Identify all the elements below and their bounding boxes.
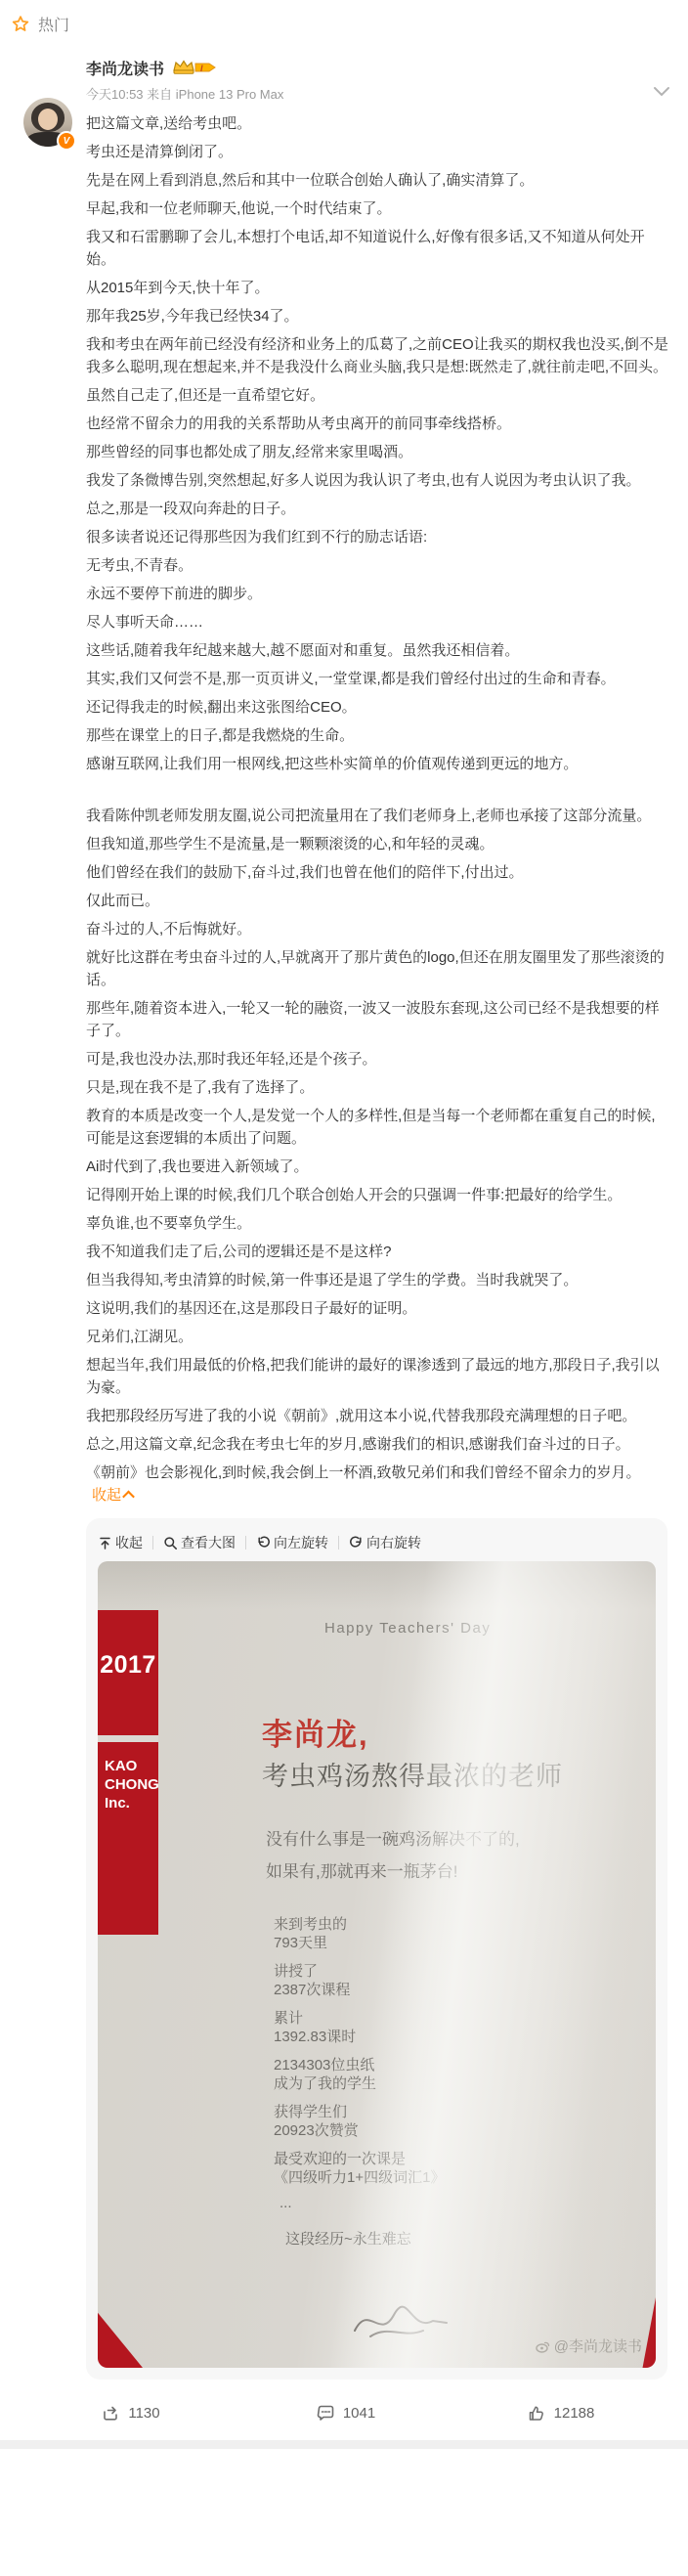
post-paragraph: 但当我得知,考虫清算的时候,第一件事还是退了学生的学费。当时我就哭了。: [86, 1269, 668, 1291]
post-paragraph: 这说明,我们的基因还在,这是那段日子最好的证明。: [86, 1297, 668, 1320]
rotate-left-icon: [256, 1536, 271, 1550]
post-paragraph: 这些话,随着我年纪越来越大,越不愿面对和重复。虽然我还相信着。: [86, 639, 668, 662]
photo-stat-label: 来到考虫的: [274, 1915, 445, 1934]
comment-button[interactable]: 1041: [238, 2404, 453, 2423]
post-paragraph: 那些在课堂上的日子,都是我燃烧的生命。: [86, 724, 668, 747]
post-paragraph: 教育的本质是改变一个人,是发觉一个人的多样性,但是当每一个老师都在重复自己的时候…: [86, 1105, 668, 1150]
banner-brand: KAO CHONG Inc.: [105, 1757, 159, 1812]
post-paragraph: 兄弟们,江湖见。: [86, 1326, 668, 1348]
post-paragraph: 那年我25岁,今年我已经快34了。: [86, 305, 668, 327]
photo-stats: 来到考虫的793天里讲授了2387次课程累计1392.83课时2134303位虫…: [274, 1915, 445, 2197]
post-paragraph: 辜负谁,也不要辜负学生。: [86, 1212, 668, 1235]
post-paragraph: 记得刚开始上课的时候,我们几个联合创始人开会的只强调一件事:把最好的给学生。: [86, 1184, 668, 1206]
author-name[interactable]: 李尚龙读书: [86, 57, 164, 79]
media-collapse-label: 收起: [115, 1533, 143, 1552]
post-paragraph: 我和考虫在两年前已经没有经济和业务上的瓜葛了,之前CEO让我买的期权我也没买,倒…: [86, 333, 668, 378]
photo-stat-label: 讲授了: [274, 1962, 445, 1981]
like-button[interactable]: 12188: [453, 2404, 668, 2423]
post-paragraph: 考虫还是清算倒闭了。: [86, 141, 668, 163]
photo-stat: 讲授了2387次课程: [274, 1962, 445, 1999]
banner-divider: [98, 1735, 158, 1742]
post-paragraph: 奋斗过的人,不后悔就好。: [86, 918, 668, 940]
banner-brand-line: KAO: [105, 1757, 159, 1775]
chevron-down-icon[interactable]: [653, 86, 670, 98]
photo-quote-line: 没有什么事是一碗鸡汤解决不了的,: [266, 1823, 520, 1856]
media-toolbar: 收起 查看大图 向左旋转: [98, 1528, 656, 1557]
post-paragraph: 很多读者说还记得那些因为我们红到不行的励志话语:: [86, 526, 668, 548]
photo-stat: 来到考虫的793天里: [274, 1915, 445, 1952]
post-paragraph: 我发了条微博告别,突然想起,好多人说因为我认识了考虫,也有人说因为考虫认识了我。: [86, 469, 668, 492]
photo-footnote: 这段经历~永生难忘: [285, 2228, 411, 2249]
post-paragraph: 把这篇文章,送给考虫吧。: [86, 112, 668, 135]
media-collapse-button[interactable]: 收起: [98, 1533, 143, 1552]
post-meta: 今天10:53 来自 iPhone 13 Pro Max: [86, 84, 668, 103]
media-card: 收起 查看大图 向左旋转: [86, 1518, 667, 2380]
photo-quote: 没有什么事是一碗鸡汤解决不了的, 如果有,那就再来一瓶茅台!: [266, 1823, 520, 1888]
view-large-label: 查看大图: [181, 1533, 236, 1552]
rotate-right-button[interactable]: 向右旋转: [349, 1533, 421, 1552]
repost-button[interactable]: 1130: [23, 2404, 238, 2423]
banner-brand-line: CHONG: [105, 1775, 159, 1794]
post-paragraph: 只是,现在我不是了,我有了选择了。: [86, 1076, 668, 1099]
post-paragraph: 尽人事听天命……: [86, 611, 668, 633]
photo-stat-label: 累计: [274, 2009, 445, 2028]
photo-stat-value: 《四级听力1+四级词汇1》: [274, 2168, 445, 2187]
post-paragraph: 想起当年,我们用最低的价格,把我们能讲的最好的课渗透到了最远的地方,那段日子,我…: [86, 1354, 668, 1399]
photo-title-name: 李尚龙,: [262, 1710, 369, 1754]
post-paragraph: 感谢互联网,让我们用一根网线,把这些朴实简单的价值观传递到更远的地方。: [86, 753, 668, 775]
collapse-text-link[interactable]: 收起: [92, 1487, 133, 1504]
section-divider: [0, 2440, 688, 2449]
post-paragraph: 永远不要停下前进的脚步。: [86, 583, 668, 605]
post-text: 把这篇文章,送给考虫吧。考虫还是清算倒闭了。先是在网上看到消息,然后和其中一位联…: [86, 112, 668, 1506]
photo-red-banner: 2017 KAO CHONG Inc.: [98, 1610, 158, 1935]
hot-section-bar: 热门: [0, 0, 688, 41]
post-paragraph: 我把那段经历写进了我的小说《朝前》,就用这本小说,代替我那段充满理想的日子吧。: [86, 1405, 668, 1427]
photo-quote-line: 如果有,那就再来一瓶茅台!: [266, 1856, 520, 1888]
post-time: 今天10:53: [86, 87, 144, 102]
post-paragraph: 总之,用这篇文章,纪念我在考虫七年的岁月,感谢我们的相识,感谢我们奋斗过的日子。: [86, 1433, 668, 1456]
photo-red-corner: [98, 2293, 143, 2368]
post-paragraph: 无考虫,不青春。: [86, 554, 668, 577]
banner-year: 2017: [98, 1651, 158, 1680]
photo-stat-value: 20923次赞赏: [274, 2121, 445, 2140]
photo-red-corner: [641, 2297, 656, 2368]
photo-watermark: @李尚龙读书: [535, 2336, 642, 2356]
like-count: 12188: [554, 2405, 595, 2422]
chevron-up-icon: [122, 1491, 135, 1504]
photo-stat-value: 2387次课程: [274, 1981, 445, 1999]
weibo-post: V 李尚龙读书 I 今天10:53 来自 iPhone 13 Pro Max 把…: [0, 41, 688, 2436]
rotate-left-label: 向左旋转: [274, 1533, 328, 1552]
photo-stat-label: 最受欢迎的一次课是: [274, 2150, 445, 2168]
photo-header-text: Happy Teachers' Day: [324, 1620, 491, 1637]
signature-scribble: [347, 2299, 454, 2343]
toolbar-separator: [245, 1536, 246, 1550]
photo-stat: 获得学生们20923次赞赏: [274, 2103, 445, 2140]
post-paragraph: 还记得我走的时候,翻出来这张图给CEO。: [86, 696, 668, 719]
comment-count: 1041: [343, 2405, 375, 2422]
like-icon: [528, 2404, 546, 2423]
post-paragraph: 我又和石雷鹏聊了会儿,本想打个电话,却不知道说什么,好像有很多话,又不知道从何处…: [86, 226, 668, 271]
rotate-right-icon: [349, 1536, 364, 1550]
post-paragraph: [86, 781, 668, 799]
collapse-icon: [98, 1536, 112, 1550]
magnifier-icon: [163, 1536, 178, 1550]
post-paragraph: 早起,我和一位老师聊天,他说,一个时代结束了。: [86, 197, 668, 220]
hot-section-label: 热门: [38, 13, 69, 35]
banner-brand-line: Inc.: [105, 1794, 159, 1812]
post-paragraph: 就好比这群在考虫奋斗过的人,早就离开了那片黄色的logo,但还在朋友圈里发了那些…: [86, 946, 668, 991]
repost-icon: [102, 2404, 120, 2423]
post-paragraph: 其实,我们又何尝不是,那一页页讲义,一堂堂课,都是我们曾经付出过的生命和青春。: [86, 668, 668, 690]
post-paragraph: 总之,那是一段双向奔赴的日子。: [86, 498, 668, 520]
post-paragraph: 从2015年到今天,快十年了。: [86, 277, 668, 299]
photo-stat-value: 1392.83课时: [274, 2028, 445, 2046]
avatar-face: [38, 109, 58, 130]
photo-stat: 2134303位虫纸成为了我的学生: [274, 2056, 445, 2093]
repost-count: 1130: [128, 2405, 159, 2422]
post-paragraph: 我不知道我们走了后,公司的逻辑还是不是这样?: [86, 1241, 668, 1263]
post-paragraph: 他们曾经在我们的鼓励下,奋斗过,我们也曾在他们的陪伴下,付出过。: [86, 861, 668, 884]
post-paragraph: 先是在网上看到消息,然后和其中一位联合创始人确认了,确实清算了。: [86, 169, 668, 192]
rotate-right-label: 向右旋转: [366, 1533, 421, 1552]
post-source: 来自 iPhone 13 Pro Max: [147, 87, 283, 102]
rotate-left-button[interactable]: 向左旋转: [256, 1533, 328, 1552]
watermark-text: @李尚龙读书: [554, 2336, 642, 2356]
photo-stat-value: 成为了我的学生: [274, 2074, 445, 2093]
post-paragraph: 仅此而已。: [86, 890, 668, 912]
verified-badge-icon: V: [57, 131, 76, 151]
photo-stat: 累计1392.83课时: [274, 2009, 445, 2046]
action-bar: 1130 1041 12188: [23, 2389, 668, 2436]
view-large-button[interactable]: 查看大图: [163, 1533, 236, 1552]
weibo-logo-icon: [535, 2338, 550, 2354]
photo-ellipsis: ...: [279, 2195, 292, 2211]
post-paragraph: 《朝前》也会影视化,到时候,我会倒上一杯酒,致敬兄弟们和我们曾经不留余力的岁月。…: [86, 1462, 668, 1506]
post-paragraph: 可是,我也没办法,那时我还年轻,还是个孩子。: [86, 1048, 668, 1070]
post-paragraph: 虽然自己走了,但还是一直希望它好。: [86, 384, 668, 407]
star-icon: [11, 15, 30, 34]
post-paragraph: 也经常不留余力的用我的关系帮助从考虫离开的前同事牵线搭桥。: [86, 413, 668, 435]
photo-stat: 最受欢迎的一次课是《四级听力1+四级词汇1》: [274, 2150, 445, 2187]
post-paragraph: 那些曾经的同事也都处成了朋友,经常来家里喝酒。: [86, 441, 668, 463]
toolbar-separator: [152, 1536, 153, 1550]
post-paragraph: 但我知道,那些学生不是流量,是一颗颗滚烫的心,和年轻的灵魂。: [86, 833, 668, 855]
post-paragraph: Ai时代到了,我也要进入新领域了。: [86, 1156, 668, 1178]
comment-icon: [317, 2404, 335, 2423]
photo-stat-label: 获得学生们: [274, 2103, 445, 2121]
post-photo[interactable]: Happy Teachers' Day 2017 KAO CHONG Inc. …: [98, 1561, 656, 2368]
photo-stat-value: 793天里: [274, 1934, 445, 1952]
post-paragraph: 我看陈仲凯老师发朋友圈,说公司把流量用在了我们老师身上,老师也承接了这部分流量。: [86, 805, 668, 827]
vip-crown-icon: I: [172, 58, 217, 77]
toolbar-separator: [338, 1536, 339, 1550]
photo-stat-label: 2134303位虫纸: [274, 2056, 445, 2074]
post-paragraph: 那些年,随着资本进入,一轮又一轮的融资,一波又一波股东套现,这公司已经不是我想要…: [86, 997, 668, 1042]
photo-title-subtitle: 考虫鸡汤熬得最浓的老师: [262, 1755, 563, 1793]
